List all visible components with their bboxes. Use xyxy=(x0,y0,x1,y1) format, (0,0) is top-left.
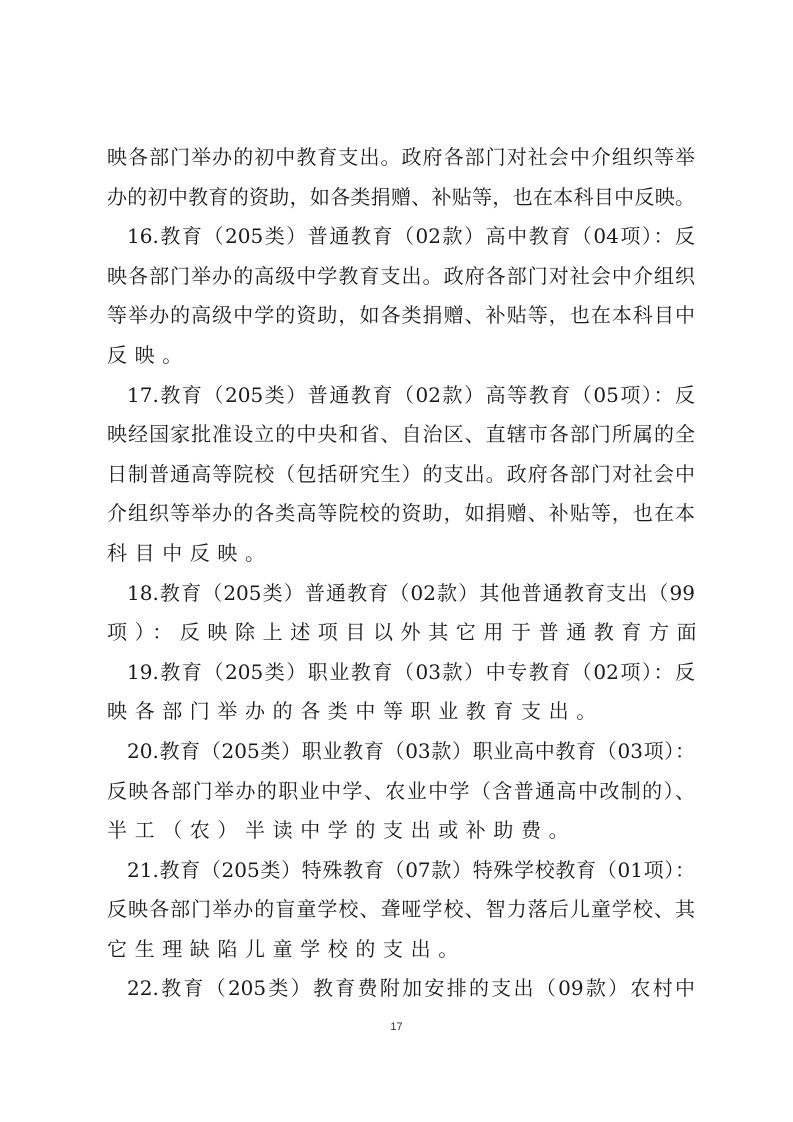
text-line: 等举办的高级中学的资助，如各类捐赠、补贴等，也在本科目中 xyxy=(107,296,695,336)
text-line: 办的初中教育的资助，如各类捐赠、补贴等，也在本科目中反映。 xyxy=(107,178,695,218)
text-line: 映经国家批准设立的中央和省、自治区、直辖市各部门所属的全 xyxy=(107,415,695,455)
body-text: 映各部门举办的初中教育支出。政府各部门对社会中介组织等举 办的初中教育的资助，如… xyxy=(107,138,695,1009)
text-line: 反映各部门举办的职业中学、农业中学（含普通高中改制的）、 xyxy=(107,772,695,812)
item-16-heading: 16.教育（205类）普通教育（02款）高中教育（04项）：反 xyxy=(107,217,695,257)
text-line: 反映各部门举办的盲童学校、聋哑学校、智力落后儿童学校、其 xyxy=(107,890,695,930)
item-19-heading: 19.教育（205类）职业教育（03款）中专教育（02项）：反 xyxy=(107,653,695,693)
item-18-heading: 18.教育（205类）普通教育（02款）其他普通教育支出（99 xyxy=(107,574,695,614)
item-21-heading: 21.教育（205类）特殊教育（07款）特殊学校教育（01项）： xyxy=(107,851,695,891)
text-line: 反映。 xyxy=(107,336,695,376)
text-line: 半工（农）半读中学的支出或补助费。 xyxy=(107,811,695,851)
item-22-heading: 22.教育（205类）教育费附加安排的支出（09款）农村中 xyxy=(107,969,695,1009)
text-line: 它生理缺陷儿童学校的支出。 xyxy=(107,930,695,970)
document-page: 映各部门举办的初中教育支出。政府各部门对社会中介组织等举 办的初中教育的资助，如… xyxy=(0,0,793,1122)
text-line: 日制普通高等院校（包括研究生）的支出。政府各部门对社会中 xyxy=(107,455,695,495)
item-20-heading: 20.教育（205类）职业教育（03款）职业高中教育（03项）： xyxy=(107,732,695,772)
page-number: 17 xyxy=(0,1021,793,1033)
text-line: 映各部门举办的高级中学教育支出。政府各部门对社会中介组织 xyxy=(107,257,695,297)
text-line: 映各部门举办的初中教育支出。政府各部门对社会中介组织等举 xyxy=(107,138,695,178)
text-line: 映各部门举办的各类中等职业教育支出。 xyxy=(107,692,695,732)
text-line: 科目中反映。 xyxy=(107,534,695,574)
text-line: 项）：反映除上述项目以外其它用于普通教育方面的支出。 xyxy=(107,613,695,653)
item-17-heading: 17.教育（205类）普通教育（02款）高等教育（05项）：反 xyxy=(107,376,695,416)
text-line: 介组织等举办的各类高等院校的资助，如捐赠、补贴等，也在本 xyxy=(107,494,695,534)
